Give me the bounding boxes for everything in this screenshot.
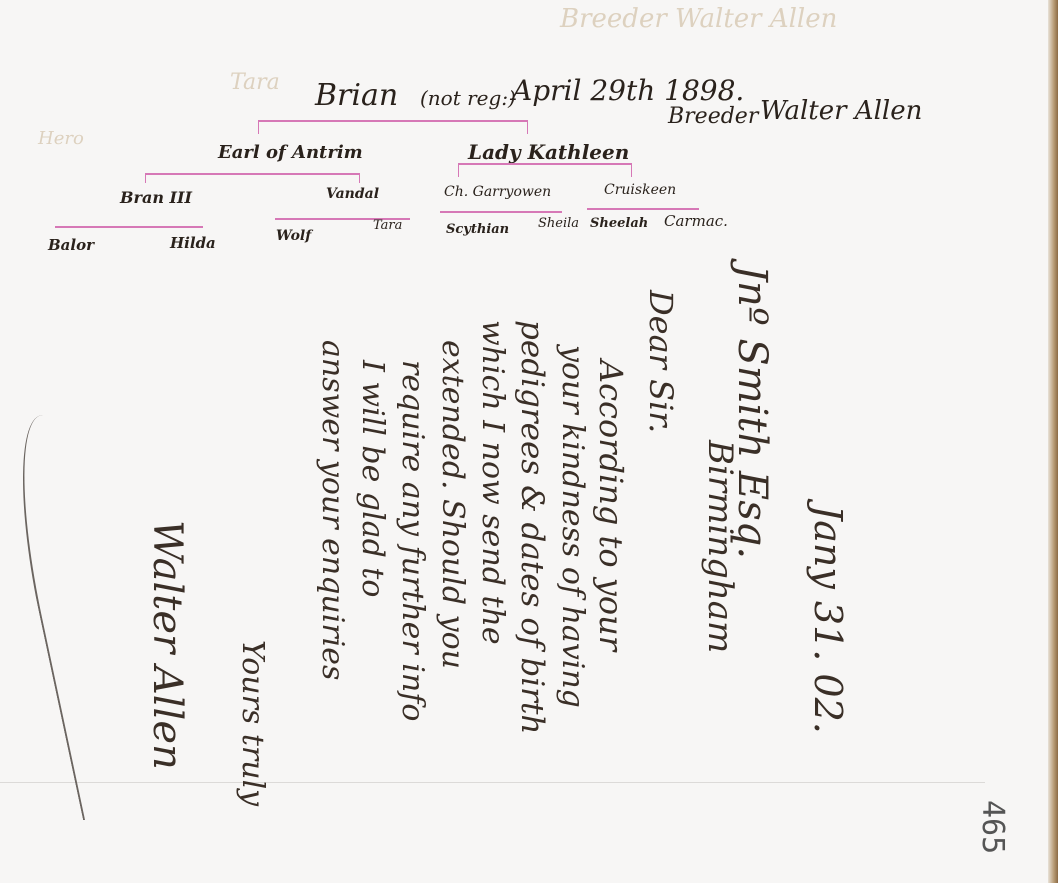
letter-body-line: require any further info [395,360,430,721]
manuscript-page: Breeder Walter Allen Hero Tara Brian (no… [0,0,1058,883]
pedigree-connector [258,120,528,122]
breeder-label: Breeder [668,104,758,129]
pedigree-connector [458,163,632,165]
letter-body-line: which I now send the [475,320,510,645]
letter-body-line: pedigrees & dates of birth [514,320,550,734]
ancestor-name: Balor [48,236,94,254]
pedigree-subject: Brian [315,78,398,113]
pedigree-connector [145,173,360,175]
registration-note: (not reg:) [420,86,516,110]
pedigree-connector [359,173,360,183]
sire-name: Earl of Antrim [218,142,363,163]
letter-addressee-line2: Birmingham [700,440,740,653]
pedigree-connector [440,211,562,213]
sire-sire-name: Bran III [120,188,192,207]
pedigree-connector [55,226,203,228]
bleed-through-text: Breeder Walter Allen [560,4,837,34]
ancestor-name: Carmac. [664,212,728,230]
ancestor-name: Sheelah [590,216,648,231]
letter-salutation: Dear Sir. [642,290,680,433]
bleed-through-text: Hero [38,128,84,149]
ancestor-name: Scythian [446,222,509,237]
pedigree-connector [527,120,528,134]
letter-body-line: I will be glad to [355,360,390,597]
breeder-name: Walter Allen [760,96,922,126]
letter-date: Jany 31. 02. [806,505,850,734]
pedigree-connector [258,120,259,134]
folio-number: 465 [975,800,1010,854]
birth-date: April 29th 1898. [512,74,744,107]
pedigree-connector [145,173,146,183]
dam-name: Lady Kathleen [468,140,629,164]
letter-closing: Yours truly [235,640,270,806]
letter-body-line: answer your enquiries [315,340,350,680]
ancestor-name: Sheila [538,216,579,231]
letter-body-line: extended. Should you [435,340,470,669]
pedigree-connector [631,163,632,177]
letter-body-line: your kindness of having [555,345,590,708]
ancestor-name: Wolf [276,228,311,244]
sire-dam-name: Vandal [326,186,379,202]
dam-dam-name: Cruiskeen [604,182,676,198]
pedigree-connector [587,208,699,210]
page-edge [1048,0,1058,883]
letter-body-line: According to your [592,360,630,651]
dam-sire-name: Ch. Garryowen [444,184,551,200]
bleed-through-text: Tara [230,70,280,95]
pedigree-connector [458,163,459,177]
ancestor-name: Hilda [170,234,216,252]
ancestor-name: Tara [373,218,402,233]
